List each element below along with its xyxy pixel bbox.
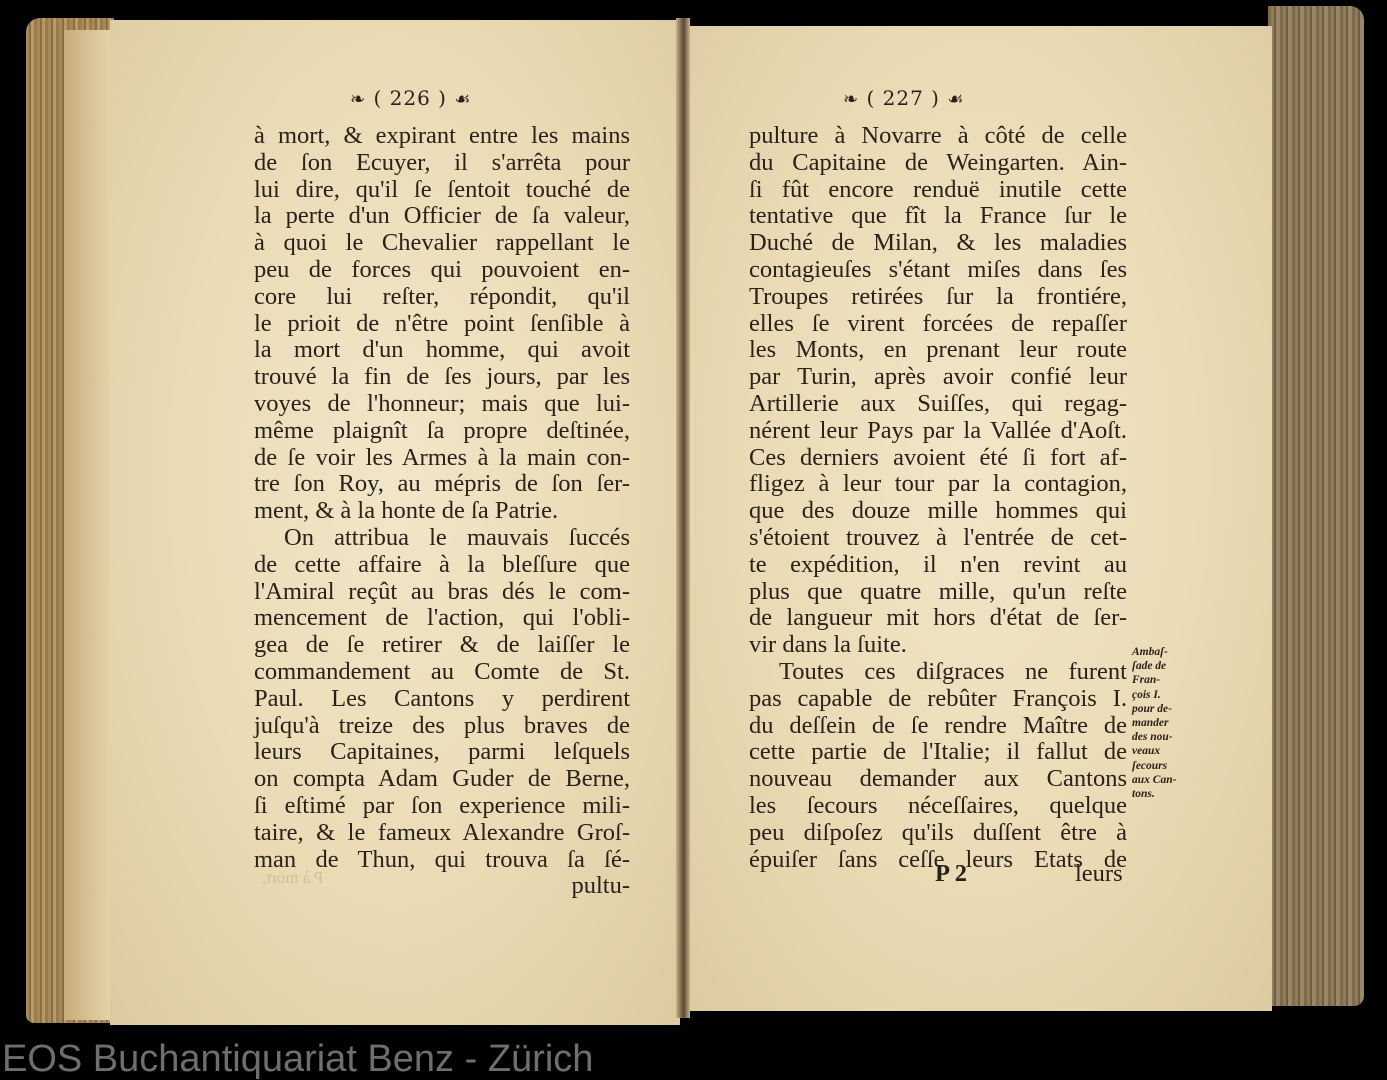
text-line: par Turin, après avoir confié leur <box>749 364 1127 391</box>
text-line: les ſecours néceſſaires, quelque <box>749 793 1127 820</box>
text-line: nérent leur Pays par la Vallée d'Aoſt. <box>749 418 1127 445</box>
fleuron-left-icon: ❧ <box>350 89 366 110</box>
text-line: fligez à leur tour par la contagion, <box>749 471 1127 498</box>
text-line: elles ſe virent forcées de repaſſer <box>749 311 1127 338</box>
text-line: le prioit de n'être point ſenſible à <box>254 311 630 338</box>
text-line: Paul. Les Cantons y perdirent <box>254 686 630 713</box>
marginal-note-line: ſade de <box>1132 659 1192 673</box>
text-line: peu de forces qui pouvoient en- <box>254 257 630 284</box>
text-line: mencement de l'action, qui l'obli- <box>254 605 630 632</box>
left-page-header: ❧ ( 226 ) ☙ <box>350 86 471 110</box>
fleuron-left-icon: ❧ <box>843 89 859 110</box>
text-line: on compta Adam Guder de Berne, <box>254 766 630 793</box>
text-line: juſqu'à treize des plus braves de <box>254 713 630 740</box>
marginal-note-line: aux Can- <box>1132 773 1192 787</box>
show-through-text: P à mort, <box>262 868 323 888</box>
text-line: à mort, & expirant entre les mains <box>254 123 630 150</box>
text-line: à quoi le Chevalier rappellant le <box>254 230 630 257</box>
marginal-note-line: mander <box>1132 716 1192 730</box>
marginal-note-line: tons. <box>1132 787 1192 801</box>
text-line: ment, & à la honte de ſa Patrie. <box>254 498 630 525</box>
text-line: de langueur mit hors d'état de ſer- <box>749 605 1127 632</box>
text-line: la perte d'un Officier de ſa valeur, <box>254 203 630 230</box>
text-line: plus que quatre mille, qu'un reſte <box>749 579 1127 606</box>
text-line: Artillerie aux Suiſſes, qui regag- <box>749 391 1127 418</box>
paragraph-start-line: Toutes ces diſgraces ne furent <box>749 659 1127 686</box>
right-page-block-edge <box>1268 6 1364 1006</box>
right-page-body: pulture à Novarre à côté de celle du Cap… <box>749 123 1127 873</box>
text-line: pulture à Novarre à côté de celle <box>749 123 1127 150</box>
text-line: pas capable de rebûter François I. <box>749 686 1127 713</box>
text-line: te expédition, il n'en revint au <box>749 552 1127 579</box>
text-line: contagieuſes s'étant miſes dans ſes <box>749 257 1127 284</box>
marginal-note-line: des nou- <box>1132 730 1192 744</box>
text-line: de cette affaire à la bleſſure que <box>254 552 630 579</box>
text-line: Ces derniers avoient été ſi fort af- <box>749 445 1127 472</box>
marginal-note-line: Fran- <box>1132 673 1192 687</box>
text-line: lui dire, qu'il ſe ſentoit touché de <box>254 177 630 204</box>
page-number: ( 226 ) <box>373 86 447 110</box>
text-line: cette partie de l'Italie; il fallut de <box>749 739 1127 766</box>
catchword: leurs <box>1075 860 1123 888</box>
text-line: vir dans la ſuite. <box>749 632 1127 659</box>
text-line: la mort d'un homme, qui avoit <box>254 337 630 364</box>
text-line: Duché de Milan, & les maladies <box>749 230 1127 257</box>
fleuron-right-icon: ☙ <box>947 89 964 110</box>
text-line: du deſſein de ſe rendre Maître de <box>749 713 1127 740</box>
text-line: de ſe voir les Armes à la main con- <box>254 445 630 472</box>
text-line: tentative que fît la France ſur le <box>749 203 1127 230</box>
text-line: ſi eſtimé par ſon experience mili- <box>254 793 630 820</box>
right-page-header: ❧ ( 227 ) ☙ <box>843 86 964 110</box>
text-line: de ſon Ecuyer, il s'arrêta pour <box>254 150 630 177</box>
book-gutter <box>676 18 690 1018</box>
text-line: leurs Capitaines, parmi leſquels <box>254 739 630 766</box>
text-line: l'Amiral reçût au bras dés le com- <box>254 579 630 606</box>
marginal-note: Ambaſ- ſade de Fran- çois I. pour de- ma… <box>1132 645 1192 801</box>
marginal-note-line: Ambaſ- <box>1132 645 1192 659</box>
fleuron-right-icon: ☙ <box>454 89 471 110</box>
text-line: trouvé la fin de ſes jours, par les <box>254 364 630 391</box>
text-line: commandement au Comte de St. <box>254 659 630 686</box>
text-line: les Monts, en prenant leur route <box>749 337 1127 364</box>
left-flyleaf-edge <box>64 30 114 1020</box>
signature-mark: P 2 <box>935 860 967 888</box>
marginal-note-line: veaux <box>1132 744 1192 758</box>
paragraph-start-line: On attribua le mauvais ſuccés <box>254 525 630 552</box>
marginal-note-line: ſecours <box>1132 759 1192 773</box>
text-line: Troupes retirées ſur la frontiére, <box>749 284 1127 311</box>
text-line: nouveau demander aux Cantons <box>749 766 1127 793</box>
marginal-note-line: pour de- <box>1132 702 1192 716</box>
text-line: s'étoient trouvez à l'entrée de cet- <box>749 525 1127 552</box>
text-line: que des douze mille hommes qui <box>749 498 1127 525</box>
text-line: même plaignît ſa propre deſtinée, <box>254 418 630 445</box>
text-line: taire, & le fameux Alexandre Groſ- <box>254 820 630 847</box>
marginal-note-line: çois I. <box>1132 688 1192 702</box>
text-line: core lui reſter, répondit, qu'il <box>254 284 630 311</box>
open-book: ❧ ( 226 ) ☙ à mort, & expirant entre les… <box>0 0 1387 1080</box>
text-line: gea de ſe retirer & de laiſſer le <box>254 632 630 659</box>
page-number: ( 227 ) <box>866 86 940 110</box>
text-line: tre ſon Roy, au mépris de ſon ſer- <box>254 471 630 498</box>
text-line: peu diſpoſez qu'ils duſſent être à <box>749 820 1127 847</box>
text-line: du Capitaine de Weingarten. Ain- <box>749 150 1127 177</box>
left-page-body: à mort, & expirant entre les mains de ſo… <box>254 123 630 900</box>
text-line: voyes de l'honneur; mais que lui- <box>254 391 630 418</box>
watermark: EOS Buchantiquariat Benz - Zürich <box>2 1038 593 1080</box>
text-line: ſi fût encore renduë inutile cette <box>749 177 1127 204</box>
